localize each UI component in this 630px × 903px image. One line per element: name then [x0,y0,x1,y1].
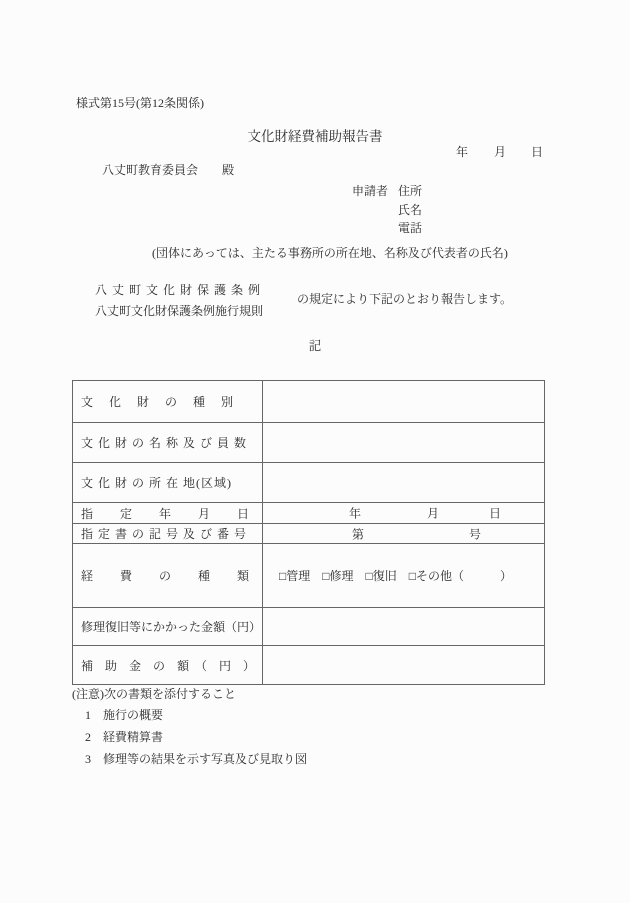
value-month-label: 月 [427,505,439,522]
applicant-name-label: 氏名 [398,203,422,217]
note-item: 1 施行の概要 [85,708,163,722]
row-label: 文 化 財 の 名 称 及 び 員 数 [73,423,263,462]
applicant-phone-label: 電話 [398,221,422,235]
row-value: 年 月 日 [263,503,544,523]
row-label: 補 助 金 の 額 （ 円 ） [73,646,263,684]
table-row-expense-type: 経 費 の 種 類 □管理 □修理 □復旧 □その他（ ） [73,544,544,608]
row-label: 指 定 年 月 日 [73,503,263,523]
table-row-category: 文 化 財 の 種 別 [73,381,544,423]
ordinance-line2: 八丈町文化財保護条例施行規則 [95,304,263,318]
table-row-certificate-number: 指 定 書 の 記 号 及 び 番 号 第 号 [73,524,544,544]
table-row-repair-cost: 修理復旧等にかかった金額（円） [73,608,544,646]
applicant-address-label: 住所 [398,184,422,198]
notes-heading: (注意)次の書類を添付すること [72,687,236,701]
note-item: 3 修理等の結果を示す写真及び見取り図 [85,752,307,766]
applicant-label: 申請者 [352,184,388,198]
org-note: (団体にあっては、主たる事務所の所在地、名称及び代表者の氏名) [152,246,508,260]
checkbox-options: □管理 □修理 □復旧 □その他（ ） [263,544,544,607]
date-year-label: 年 [456,145,468,159]
value-day-label: 日 [489,505,501,522]
row-value [263,608,544,645]
row-label: 文 化 財 の 種 別 [73,381,263,422]
row-value: 第 号 [263,524,544,543]
table-row-name-count: 文 化 財 の 名 称 及 び 員 数 [73,423,544,463]
date-day-label: 日 [531,145,543,159]
row-value [263,381,544,422]
row-value [263,423,544,462]
value-year-label: 年 [349,505,361,522]
table-row-designation-date: 指 定 年 月 日 年 月 日 [73,503,544,524]
date-month-label: 月 [494,145,506,159]
row-label: 文 化 財 の 所 在 地(区域) [73,463,263,502]
ordinance-line1: 八 丈 町 文 化 財 保 護 条 例 [95,283,261,297]
row-value [263,646,544,684]
document-page: 様式第15号(第12条関係) 文化財経費補助報告書 年 月 日 八丈町教育委員会… [0,0,630,903]
row-label: 経 費 の 種 類 [73,544,263,607]
record-mark: 記 [0,339,630,354]
table-row-subsidy-amount: 補 助 金 の 額 （ 円 ） [73,646,544,684]
value-go-label: 号 [469,525,481,542]
row-label: 修理復旧等にかかった金額（円） [73,608,263,645]
table-row-location: 文 化 財 の 所 在 地(区域) [73,463,544,503]
report-table: 文 化 財 の 種 別 文 化 財 の 名 称 及 び 員 数 文 化 財 の … [72,380,545,685]
row-value [263,463,544,502]
value-dai-label: 第 [352,525,364,542]
addressee-line: 八丈町教育委員会 殿 [102,163,234,177]
form-number: 様式第15号(第12条関係) [76,96,204,110]
row-label: 指 定 書 の 記 号 及 び 番 号 [73,524,263,543]
ordinance-suffix: の規定により下記のとおり報告します。 [297,292,512,306]
note-item: 2 経費精算書 [85,730,163,744]
form-title: 文化財経費補助報告書 [0,129,630,145]
